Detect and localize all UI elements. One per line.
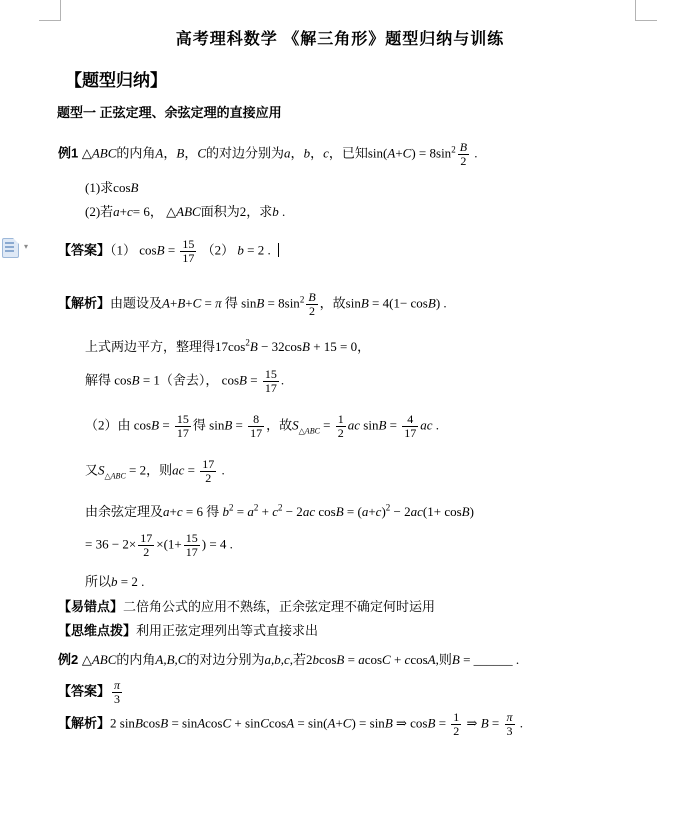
- math-italic: B: [361, 296, 369, 311]
- math-roman: 2: [453, 724, 459, 738]
- math-italic: B: [160, 716, 168, 731]
- math-italic: A,B,C: [155, 652, 186, 667]
- math-roman: 2 sin: [110, 716, 135, 731]
- math-roman: = 2 .: [244, 243, 271, 258]
- math-roman: ×(1+: [156, 537, 182, 552]
- text-run: ，求: [246, 204, 272, 219]
- math-roman: =: [232, 418, 246, 433]
- text-run: 上式两边平方，整理得: [85, 339, 215, 354]
- text-run: 的内角: [116, 146, 155, 161]
- math-roman: = sin(: [294, 716, 327, 731]
- math-italic: C: [260, 716, 269, 731]
- fraction: 1517: [175, 413, 191, 440]
- math-roman: ): [470, 504, 474, 519]
- math-roman: .: [517, 716, 524, 731]
- example1-part2: (2)若a+c= 6， △ABC面积为2，求b .: [85, 204, 650, 220]
- bold-label: 例2: [58, 652, 82, 667]
- text-run: ，: [291, 146, 304, 161]
- math-roman: 17: [186, 545, 198, 559]
- math-italic: π: [114, 678, 120, 692]
- example1-part1: (1)求cosB: [85, 180, 650, 196]
- math-roman: =: [201, 296, 215, 311]
- text-run: 的内角: [116, 652, 155, 667]
- text-run: ，故: [320, 296, 346, 311]
- text-run: 二倍角公式的应用不熟练，正余弦定理不确定何时运用: [123, 599, 435, 614]
- math-roman: =: [234, 504, 248, 519]
- math-roman: 2: [460, 154, 466, 168]
- math-roman: cos: [205, 716, 222, 731]
- fraction: B2: [306, 291, 317, 318]
- math-roman: +: [391, 652, 405, 667]
- text-run: 所以: [85, 574, 111, 589]
- math-roman: △: [82, 652, 92, 667]
- math-roman: 17: [177, 426, 189, 440]
- math-roman: cos: [222, 373, 239, 388]
- math-italic: B: [151, 418, 159, 433]
- text-run: ，则: [146, 462, 172, 477]
- fraction: 1517: [184, 532, 200, 559]
- math-roman: sin(: [368, 146, 388, 161]
- math-roman: +: [120, 204, 127, 219]
- thinking-tip-note: 【思维点拨】利用正弦定理列出等式直接求出: [58, 623, 650, 639]
- math-roman: .: [218, 462, 225, 477]
- text-run: 又: [85, 462, 98, 477]
- math-roman: ) .: [436, 296, 447, 311]
- example1-analysis-6: 由余弦定理及a+c = 6 得 b2 = a2 + c2 − 2ac cosB …: [85, 504, 650, 520]
- math-italic: ac: [172, 462, 184, 477]
- math-roman: = 1: [140, 373, 160, 388]
- text-run: 利用正弦定理列出等式直接求出: [136, 623, 318, 638]
- example1-analysis-4: （2）由 cosB = 1517得 sinB = 817，故S△ABC = 12…: [85, 413, 650, 440]
- bold-label: 【思维点拨】: [58, 623, 136, 638]
- math-italic: A: [286, 716, 294, 731]
- math-roman: △: [166, 204, 176, 219]
- section-heading: 【题型归纳】: [65, 66, 680, 91]
- math-italic: B: [239, 373, 247, 388]
- math-roman: = sin: [168, 716, 197, 731]
- bold-label: 【解析】: [58, 716, 110, 731]
- fraction: 417: [402, 413, 418, 440]
- math-roman: 17: [202, 457, 214, 471]
- math-roman: +: [335, 716, 342, 731]
- math-roman: cos: [111, 373, 132, 388]
- math-roman: 2: [205, 471, 211, 485]
- page-corner-mark-top-left: [39, 0, 61, 21]
- math-italic: B: [481, 716, 489, 731]
- math-italic: B: [462, 504, 470, 519]
- math-roman: cos: [315, 504, 336, 519]
- fraction: 172: [200, 458, 216, 485]
- math-roman: 17: [404, 426, 416, 440]
- math-italic: ac: [303, 504, 315, 519]
- chevron-down-icon: ▾: [24, 242, 28, 251]
- fraction: 817: [248, 413, 264, 440]
- math-roman: 17cos: [215, 339, 245, 354]
- math-roman: cos: [113, 180, 130, 195]
- math-italic: ABC: [92, 652, 117, 667]
- math-italic: A: [428, 652, 436, 667]
- math-roman: +: [368, 504, 375, 519]
- text-run: ，故: [266, 418, 292, 433]
- math-roman: cos: [269, 716, 286, 731]
- fraction: 1517: [180, 238, 196, 265]
- text-run: 由题设及: [110, 296, 162, 311]
- text-run: ，: [357, 339, 370, 354]
- math-roman: △: [82, 146, 92, 161]
- math-italic: B: [428, 296, 436, 311]
- bold-label: 【易错点】: [58, 599, 123, 614]
- math-roman: sin: [346, 296, 361, 311]
- math-italic: A: [197, 716, 205, 731]
- math-roman: 15: [182, 237, 194, 251]
- math-italic: ac: [420, 418, 432, 433]
- subsection-heading: 题型一 正弦定理、余弦定理的直接应用: [57, 102, 680, 121]
- clipboard-icon: [2, 238, 19, 258]
- text-run: 解得: [85, 373, 111, 388]
- math-roman: = 6: [183, 504, 203, 519]
- math-roman: 2: [309, 304, 315, 318]
- text-run: 的对边分别为: [206, 146, 284, 161]
- example1-analysis-8: 所以b = 2 .: [85, 574, 650, 590]
- text-cursor: [278, 243, 280, 257]
- math-roman: = 6: [133, 204, 150, 219]
- fraction: 172: [138, 532, 154, 559]
- math-roman: 1: [453, 710, 459, 724]
- math-roman: − 32cos: [258, 339, 302, 354]
- text-run: 由余弦定理及: [85, 504, 163, 519]
- math-italic: C: [197, 146, 206, 161]
- text-run: ，已知: [329, 146, 368, 161]
- math-roman: （1） cos: [110, 243, 157, 258]
- fraction: π3: [505, 711, 515, 738]
- math-italic: B: [302, 339, 310, 354]
- math-roman: = (: [344, 504, 362, 519]
- bold-label: 例1: [58, 146, 82, 161]
- math-roman: + sin: [231, 716, 260, 731]
- math-italic: B: [135, 716, 143, 731]
- math-roman: .: [281, 373, 284, 388]
- math-roman: +: [395, 146, 402, 161]
- bold-label: 【答案】: [58, 683, 110, 698]
- math-roman: 2: [338, 426, 344, 440]
- example1-analysis-3: 解得 cosB = 1（舍去）， cosB = 1517.: [85, 368, 650, 395]
- math-roman: = 4(1− cos: [369, 296, 428, 311]
- fraction: 12: [336, 413, 346, 440]
- math-roman: cos: [131, 418, 152, 433]
- math-roman: 15: [177, 412, 189, 426]
- example1-answer: 【答案】（1） cosB = 1517 （2） b = 2 .: [58, 238, 650, 265]
- text-run: 得: [203, 504, 223, 519]
- example1-analysis-2: 上式两边平方，整理得17cos2B − 32cosB + 15 = 0，: [85, 339, 650, 355]
- math-roman: cos: [319, 652, 336, 667]
- math-italic: C: [223, 716, 232, 731]
- math-roman: = 36 − 2×: [85, 537, 136, 552]
- text-run: 的对边分别为: [186, 652, 264, 667]
- math-roman: ) = 4 .: [202, 537, 233, 552]
- fraction: π3: [112, 679, 122, 706]
- math-roman: =: [165, 243, 179, 258]
- math-italic: B: [132, 373, 140, 388]
- math-roman: + 15 = 0: [310, 339, 357, 354]
- math-italic: B: [452, 652, 460, 667]
- math-roman: sin: [360, 418, 378, 433]
- fraction: 1517: [263, 368, 279, 395]
- page-corner-mark-top-right: [635, 0, 657, 21]
- paste-options-button[interactable]: ▾: [2, 238, 38, 260]
- text-run: ，: [184, 146, 197, 161]
- page-title: 高考理科数学 《解三角形》题型归纳与训练: [0, 0, 680, 49]
- math-roman: cos: [143, 716, 160, 731]
- example1-problem: 例1 △ABC的内角A，B，C的对边分别为a，b，c，已知sin(A+C) = …: [58, 141, 650, 168]
- example1-analysis-1: 【解析】由题设及A+B+C = π 得 sinB = 8sin2B2，故sinB…: [58, 291, 650, 318]
- math-italic: π: [507, 710, 513, 724]
- math-roman: (1+ cos: [423, 504, 462, 519]
- math-italic: C: [382, 652, 391, 667]
- fraction: B2: [458, 141, 469, 168]
- math-roman: 15: [186, 531, 198, 545]
- math-roman: =: [489, 716, 503, 731]
- math-italic: B: [157, 243, 165, 258]
- example2-analysis: 【解析】2 sinBcosB = sinAcosC + sinCcosA = s…: [58, 711, 650, 738]
- math-roman: − 2: [282, 504, 302, 519]
- math-roman: .: [433, 418, 440, 433]
- math-roman: 17: [250, 426, 262, 440]
- math-roman: +: [185, 296, 192, 311]
- math-roman: 4: [407, 412, 413, 426]
- math-roman: = ______ .: [460, 652, 519, 667]
- math-roman: 2: [143, 545, 149, 559]
- math-italic: A: [162, 296, 170, 311]
- math-roman: （2）: [198, 243, 237, 258]
- document-page: ▾ 高考理科数学 《解三角形》题型归纳与训练 【题型归纳】 题型一 正弦定理、余…: [0, 0, 680, 826]
- math-roman: sin: [206, 418, 224, 433]
- math-italic: B: [250, 339, 258, 354]
- math-italic: ABC: [92, 146, 117, 161]
- math-roman: =: [159, 418, 173, 433]
- math-roman: 17: [265, 381, 277, 395]
- math-roman: cos: [410, 652, 427, 667]
- text-run: ,若: [290, 652, 306, 667]
- math-roman: ⇒ cos: [393, 716, 428, 731]
- math-roman: cos: [365, 652, 382, 667]
- fraction: 12: [451, 711, 461, 738]
- math-roman: = 2: [126, 462, 146, 477]
- text-run: ，: [163, 146, 176, 161]
- math-roman: =: [435, 716, 449, 731]
- subscript: △ABC: [299, 427, 320, 436]
- text-run: 面积为: [201, 204, 240, 219]
- math-roman: =: [320, 418, 334, 433]
- math-roman: +: [258, 504, 272, 519]
- example1-analysis-7: = 36 − 2×172×(1+1517) = 4 .: [85, 532, 650, 559]
- math-roman: 15: [265, 367, 277, 381]
- math-roman: − 2: [390, 504, 410, 519]
- superscript: 2: [300, 295, 305, 305]
- math-italic: ABC: [176, 204, 201, 219]
- example2-answer: 【答案】π3: [58, 679, 650, 706]
- text-run: 得: [222, 296, 242, 311]
- math-roman: .: [471, 146, 478, 161]
- text-run: （舍去），: [160, 373, 222, 388]
- text-run: ，: [150, 204, 166, 219]
- bold-label: 【解析】: [58, 296, 110, 311]
- math-roman: ⇒: [463, 716, 480, 731]
- text-run: ,则: [436, 652, 452, 667]
- math-italic: B: [460, 140, 467, 154]
- example1-analysis-5: 又S△ABC = 2，则ac = 172 .: [85, 458, 650, 485]
- math-italic: B: [336, 504, 344, 519]
- subscript: △ABC: [105, 471, 126, 480]
- error-prone-note: 【易错点】二倍角公式的应用不熟练，正余弦定理不确定何时运用: [58, 599, 650, 615]
- math-italic: ac: [411, 504, 423, 519]
- math-roman: =: [184, 462, 198, 477]
- math-roman: +: [170, 504, 177, 519]
- text-run: （2）由: [85, 418, 131, 433]
- math-roman: sin: [241, 296, 256, 311]
- math-roman: 1: [338, 412, 344, 426]
- math-roman: 17: [140, 531, 152, 545]
- math-italic: C: [193, 296, 202, 311]
- math-roman: = 2 .: [118, 574, 145, 589]
- math-italic: ac: [348, 418, 360, 433]
- math-roman: .: [279, 204, 286, 219]
- text-run: (2)若: [85, 204, 113, 219]
- math-roman: =: [344, 652, 358, 667]
- math-italic: B: [308, 290, 315, 304]
- math-roman: 17: [182, 251, 194, 265]
- math-italic: B: [385, 716, 393, 731]
- math-roman: =: [247, 373, 261, 388]
- math-roman: ) = 8sin: [411, 146, 451, 161]
- superscript: 2: [451, 144, 456, 154]
- text-run: (1)求: [85, 180, 113, 195]
- text-run: ，: [310, 146, 323, 161]
- example2-problem: 例2 △ABC的内角A,B,C的对边分别为a,b,c,若2bcosB = aco…: [58, 652, 650, 668]
- bold-label: 【答案】: [58, 243, 110, 258]
- math-roman: = 8sin: [264, 296, 300, 311]
- math-roman: 3: [114, 692, 120, 706]
- math-italic: a,b,c: [265, 652, 290, 667]
- math-italic: B: [131, 180, 139, 195]
- text-run: 得: [193, 418, 206, 433]
- math-roman: 8: [253, 412, 259, 426]
- math-roman: =: [386, 418, 400, 433]
- math-roman: ) = sin: [351, 716, 384, 731]
- math-roman: 3: [507, 724, 513, 738]
